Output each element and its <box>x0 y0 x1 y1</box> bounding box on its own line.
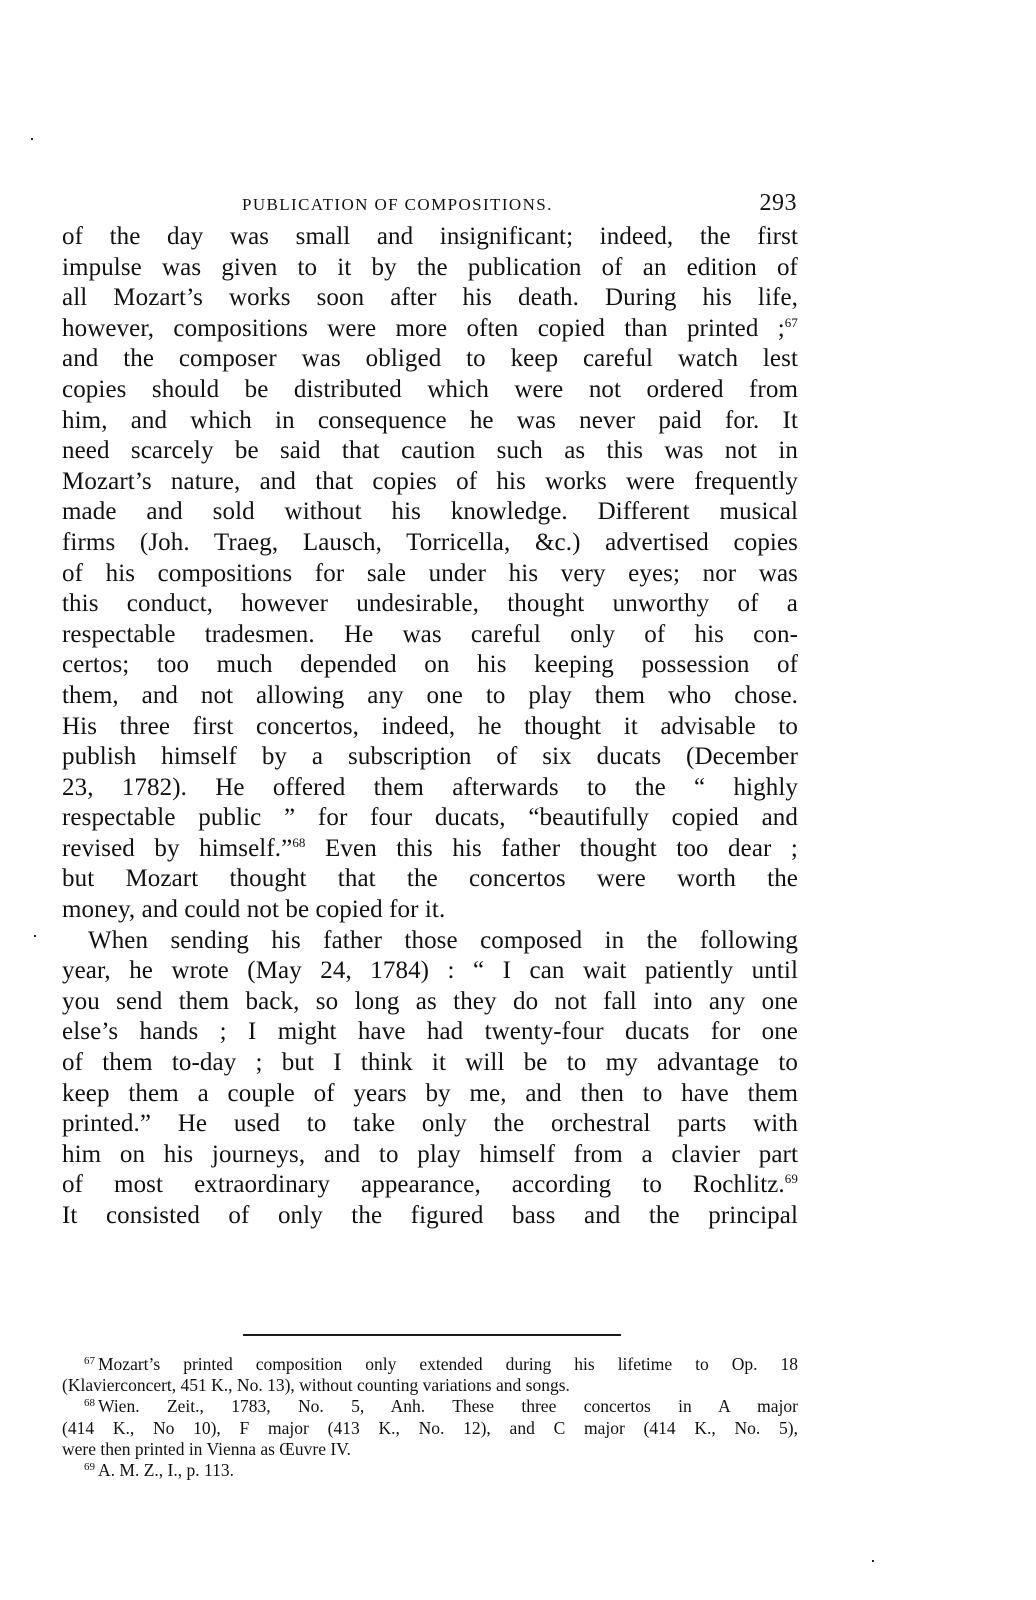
footnote-line: 67Mozart’s printed composition only exte… <box>62 1354 798 1375</box>
text-line: all Mozart’s works soon after his death.… <box>62 283 798 314</box>
text-line: year, he wrote (May 24, 1784) : “ I can … <box>62 956 798 987</box>
text-line: keep them a couple of years by me, and t… <box>62 1079 798 1110</box>
text-line: respectable public ” for four ducats, “b… <box>62 803 798 834</box>
running-head-title: PUBLICATION OF COMPOSITIONS. <box>242 195 553 215</box>
text-line: impulse was given to it by the publicati… <box>62 253 798 284</box>
page-number: 293 <box>760 190 798 217</box>
footnote-ref-68: 68 <box>292 835 305 850</box>
text-line: certos; too much depended on his keeping… <box>62 650 798 681</box>
text-line: respectable tradesmen. He was careful on… <box>62 620 798 651</box>
text-line: Mozart’s nature, and that copies of his … <box>62 467 798 498</box>
text-line: His three first concertos, indeed, he th… <box>62 712 798 743</box>
footnote-67: 67Mozart’s printed composition only exte… <box>62 1354 798 1396</box>
text-line: them, and not allowing any one to play t… <box>62 681 798 712</box>
footnote-mark: 68 <box>84 1397 95 1409</box>
text-line: him on his journeys, and to play himself… <box>62 1140 798 1171</box>
text-line: need scarcely be said that caution such … <box>62 436 798 467</box>
text-line: money, and could not be copied for it. <box>62 895 798 926</box>
running-head: PUBLICATION OF COMPOSITIONS. 293 <box>242 190 797 220</box>
text-line: of most extraordinary appearance, accord… <box>62 1170 798 1201</box>
footnote-line: 69A. M. Z., I., p. 113. <box>62 1460 798 1481</box>
footnote-line: (414 K., No 10), F major (413 K., No. 12… <box>62 1418 798 1439</box>
text-line: but Mozart thought that the concertos we… <box>62 864 798 895</box>
text-line: you send them back, so long as they do n… <box>62 987 798 1018</box>
footnotes: 67Mozart’s printed composition only exte… <box>62 1354 798 1481</box>
text-line: publish himself by a subscription of six… <box>62 742 798 773</box>
footnote-line: (Klavierconcert, 451 K., No. 13), withou… <box>62 1375 798 1396</box>
footnote-line: 68Wien. Zeit., 1783, No. 5, Anh. These t… <box>62 1396 798 1417</box>
text-line: printed.” He used to take only the orche… <box>62 1109 798 1140</box>
text-line: him, and which in consequence he was nev… <box>62 406 798 437</box>
footnote-68: 68Wien. Zeit., 1783, No. 5, Anh. These t… <box>62 1396 798 1460</box>
footnote-ref-67: 67 <box>785 315 798 330</box>
text-line: however, compositions were more often co… <box>62 314 798 345</box>
footnote-mark: 67 <box>84 1355 95 1367</box>
book-page: PUBLICATION OF COMPOSITIONS. 293 of the … <box>0 0 1036 1600</box>
text-line: of the day was small and insignificant; … <box>62 222 798 253</box>
text-line: copies should be distributed which were … <box>62 375 798 406</box>
text-line: firms (Joh. Traeg, Lausch, Torricella, &… <box>62 528 798 559</box>
text-line: and the composer was obliged to keep car… <box>62 344 798 375</box>
text-line: It consisted of only the figured bass an… <box>62 1201 798 1232</box>
footnote-69: 69A. M. Z., I., p. 113. <box>62 1460 798 1481</box>
text-line: of his compositions for sale under his v… <box>62 559 798 590</box>
text-line: revised by himself.”68 Even this his fat… <box>62 834 798 865</box>
scan-speck <box>872 1560 874 1562</box>
text-line: 23, 1782). He offered them afterwards to… <box>62 773 798 804</box>
footnote-ref-69: 69 <box>785 1171 798 1186</box>
scan-speck <box>34 935 36 937</box>
footnote-mark: 69 <box>84 1461 95 1473</box>
footnote-line: were then printed in Vienna as Œuvre IV. <box>62 1439 798 1460</box>
footnote-separator-rule <box>243 1334 621 1336</box>
text-line: else’s hands ; I might have had twenty-f… <box>62 1017 798 1048</box>
paragraph-start-line: When sending his father those composed i… <box>62 926 798 957</box>
text-line: made and sold without his knowledge. Dif… <box>62 497 798 528</box>
text-line: of them to-day ; but I think it will be … <box>62 1048 798 1079</box>
scan-speck <box>31 138 33 140</box>
body-text: of the day was small and insignificant; … <box>62 222 798 1232</box>
text-line: this conduct, however undesirable, thoug… <box>62 589 798 620</box>
